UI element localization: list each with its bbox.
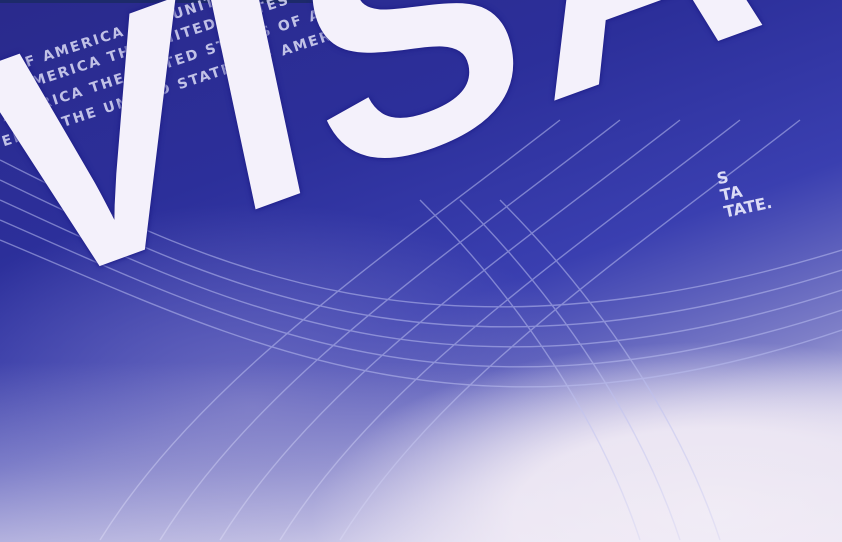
visa-photo: OF AMERICA THE UNITED STATES F AMERICA T… — [0, 0, 842, 542]
state-microprint: S TA TATE. — [715, 160, 773, 220]
depth-blur — [0, 362, 842, 542]
